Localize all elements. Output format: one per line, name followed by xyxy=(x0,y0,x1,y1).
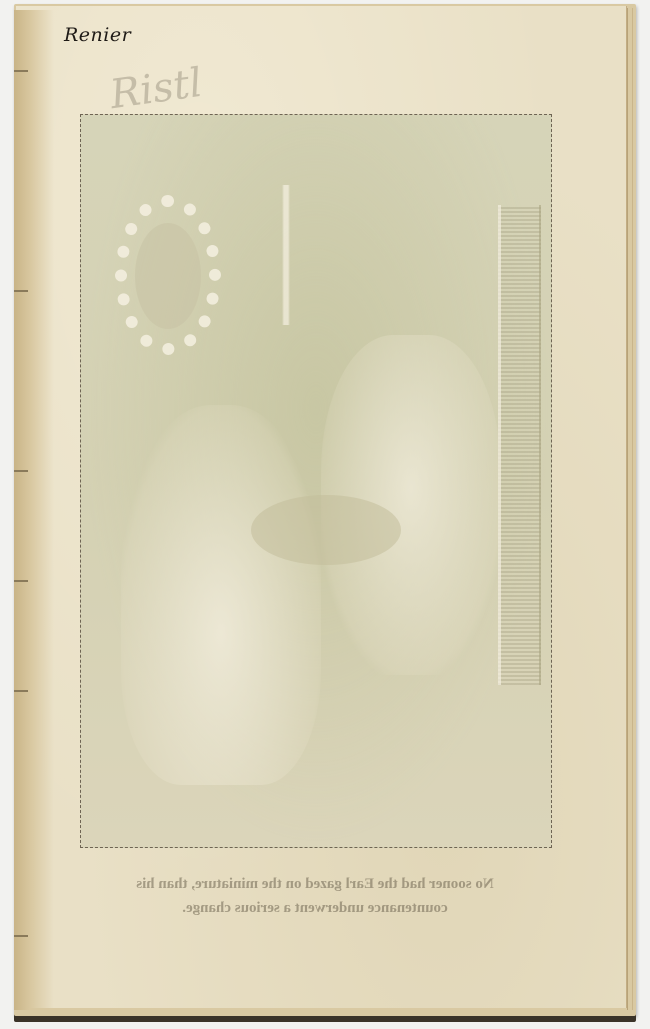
spine-tear xyxy=(14,690,28,692)
seated-woman-figure xyxy=(121,405,321,785)
spine-tear xyxy=(14,935,28,937)
spine-tear xyxy=(14,470,28,472)
caption-line-1: No sooner had the Earl gazed on the mini… xyxy=(80,872,550,896)
torn-spine-edge xyxy=(14,10,54,1010)
candle-sconce xyxy=(266,185,306,325)
table xyxy=(251,495,401,565)
plate-caption: No sooner had the Earl gazed on the mini… xyxy=(80,872,550,920)
handwritten-name: Renier xyxy=(64,24,131,46)
spine-tear xyxy=(14,290,28,292)
spine-tear xyxy=(14,70,28,72)
engraving-plate xyxy=(80,114,552,848)
mirror-glass xyxy=(135,223,201,329)
window-frame xyxy=(498,205,541,685)
caption-line-2: countenance underwent a serious change. xyxy=(80,896,550,920)
spine-tear xyxy=(14,580,28,582)
